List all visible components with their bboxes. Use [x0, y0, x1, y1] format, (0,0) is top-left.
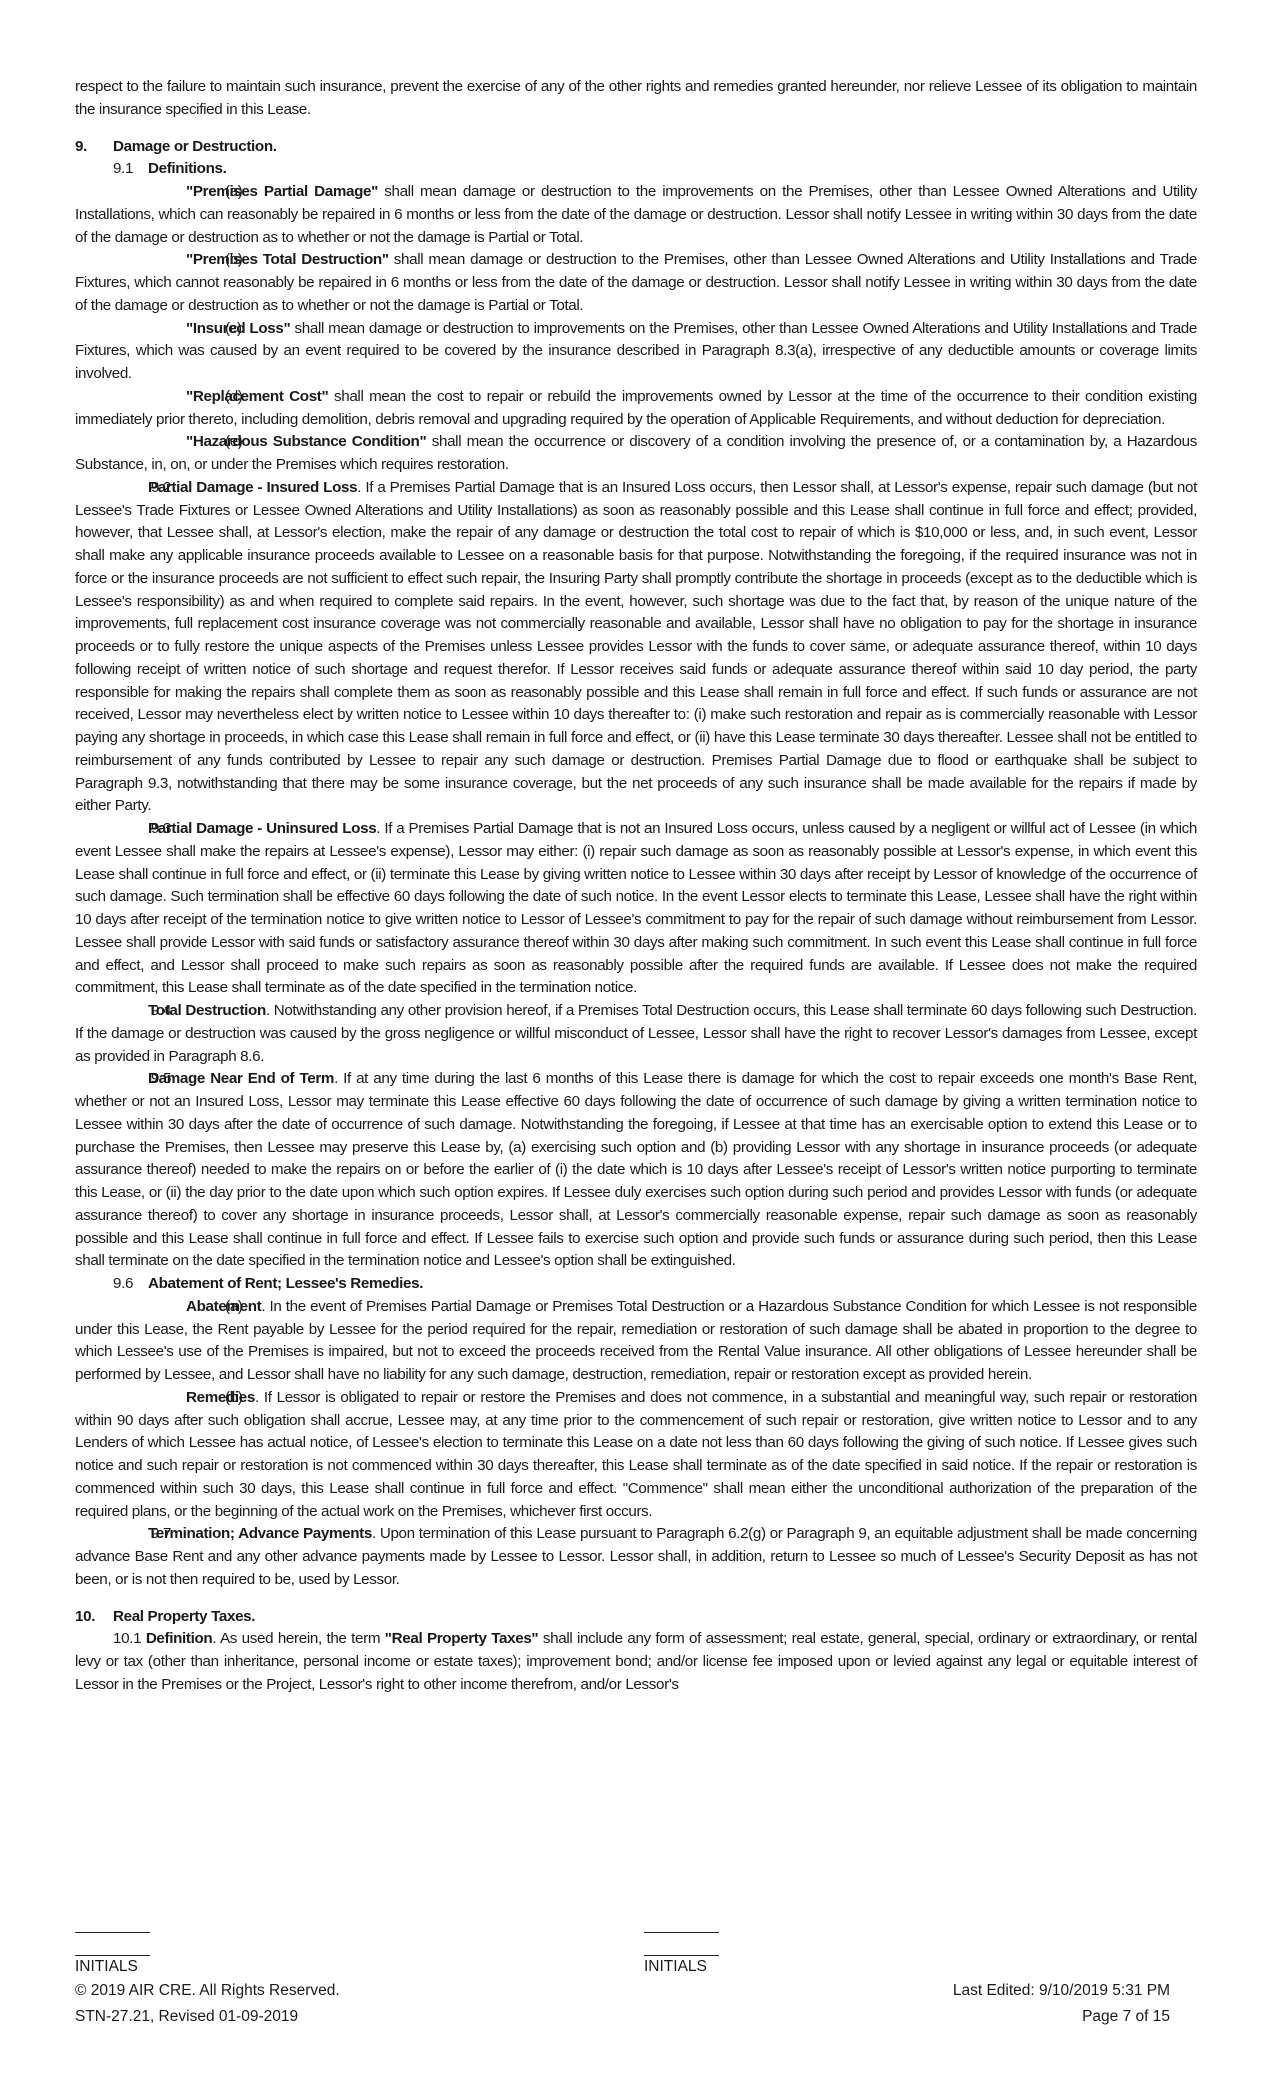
section-9-3: 9.3Partial Damage - Uninsured Loss. If a…	[75, 818, 1197, 1000]
remedies-paragraph: (b)Remedies. If Lessor is obligated to r…	[75, 1387, 1197, 1524]
section-9-5: 9.5Damage Near End of Term. If at any ti…	[75, 1068, 1197, 1273]
last-edited-text: Last Edited: 9/10/2019 5:31 PM	[953, 1982, 1170, 2000]
initials-line-right-2	[644, 1955, 719, 1956]
definition-b: (b)"Premises Total Destruction" shall me…	[75, 249, 1197, 317]
definition-c: (c)"Insured Loss" shall mean damage or d…	[75, 318, 1197, 386]
abatement-paragraph: (a)Abatement. In the event of Premises P…	[75, 1296, 1197, 1387]
section-10-1: 10.1 Definition. As used herein, the ter…	[75, 1628, 1197, 1696]
section-9-1-heading: 9.1Definitions.	[75, 158, 1197, 181]
form-id-text: STN-27.21, Revised 01-09-2019	[75, 2008, 298, 2026]
initials-line-right-1	[644, 1932, 719, 1933]
section-9-4: 9.4Total Destruction. Notwithstanding an…	[75, 1000, 1197, 1068]
definition-d: (d)"Replacement Cost" shall mean the cos…	[75, 386, 1197, 432]
page-number: Page 7 of 15	[1082, 2008, 1170, 2026]
initials-label-left: INITIALS	[75, 1958, 138, 1976]
definition-a: (a)"Premises Partial Damage" shall mean …	[75, 181, 1197, 249]
copyright-text: © 2019 AIR CRE. All Rights Reserved.	[75, 1982, 340, 2000]
definition-e: (e)"Hazardous Substance Condition" shall…	[75, 431, 1197, 477]
section-9-7: 9.7Termination; Advance Payments. Upon t…	[75, 1523, 1197, 1591]
section-10-heading: 10.Real Property Taxes.	[75, 1606, 1197, 1629]
section-9-6-heading: 9.6Abatement of Rent; Lessee's Remedies.	[75, 1273, 1197, 1296]
section-9-heading: 9.Damage or Destruction.	[75, 136, 1197, 159]
initials-label-right: INITIALS	[644, 1958, 707, 1976]
section-9-2: 9.2Partial Damage - Insured Loss. If a P…	[75, 477, 1197, 818]
initials-line-left-1	[75, 1932, 150, 1933]
initials-line-left-2	[75, 1955, 150, 1956]
intro-paragraph: respect to the failure to maintain such …	[75, 76, 1197, 122]
document-body: respect to the failure to maintain such …	[75, 76, 1197, 1697]
